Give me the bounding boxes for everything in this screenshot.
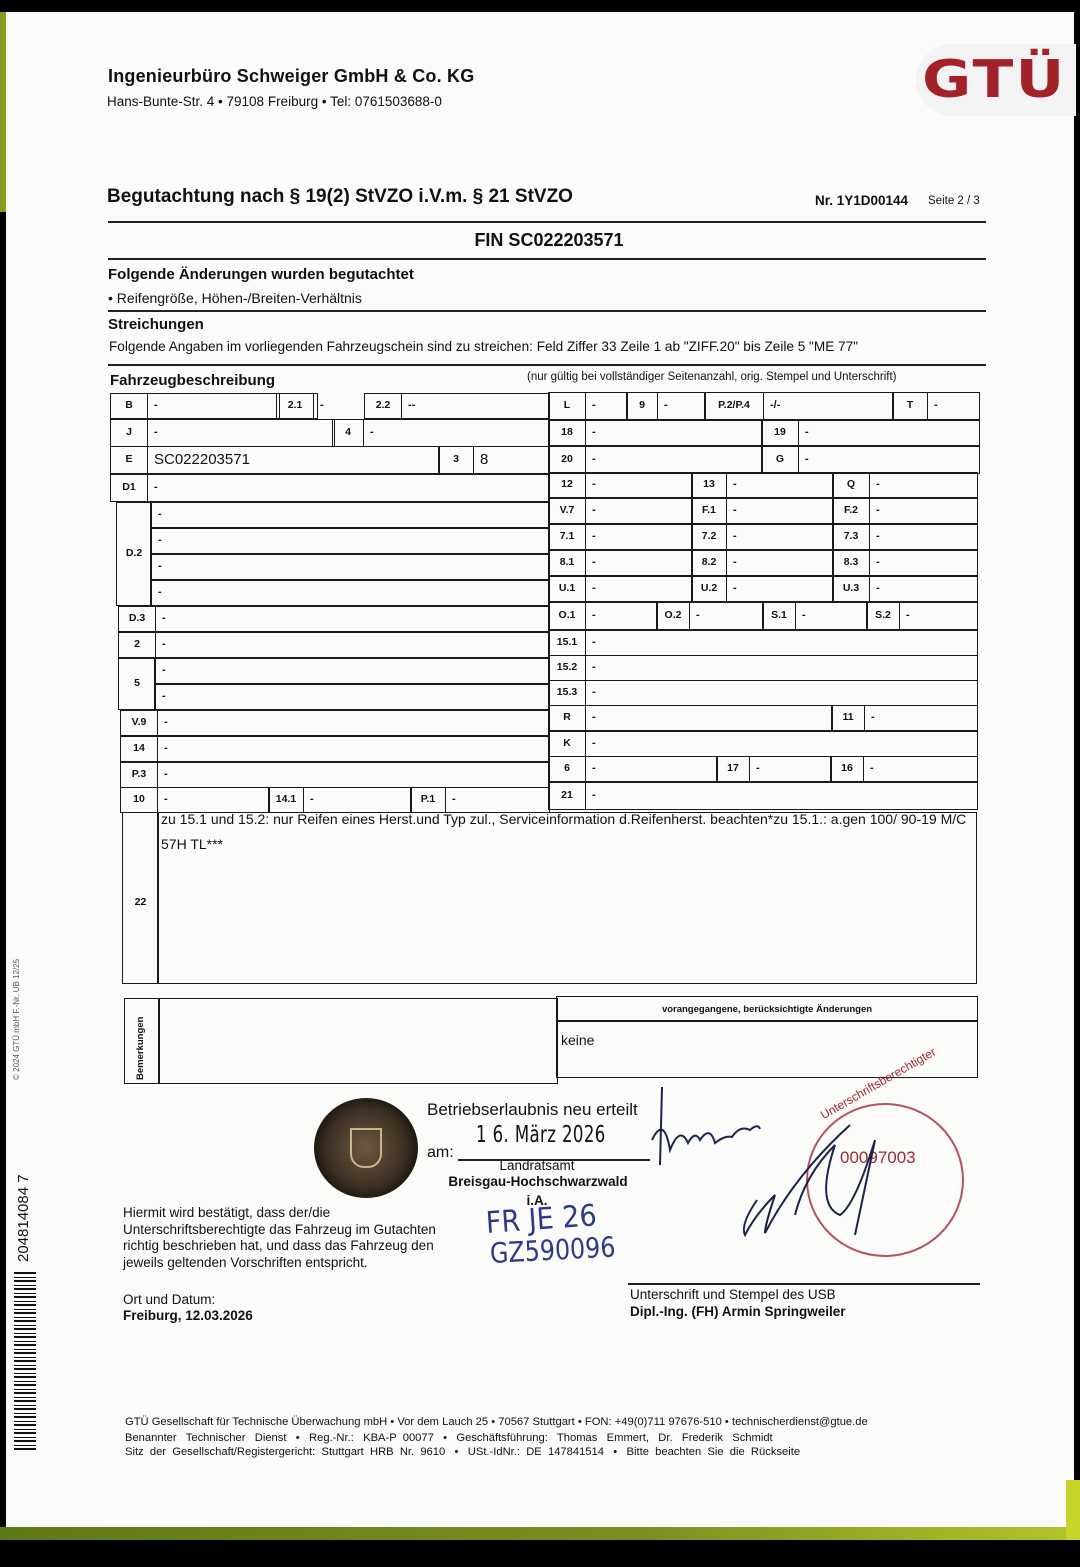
field-8-3-value: -	[876, 556, 880, 568]
field-p-1-label: P.1	[410, 793, 446, 805]
field-v-9-cell	[120, 710, 550, 736]
field-r-cell	[548, 705, 833, 731]
field-d-3-label: D.3	[118, 612, 156, 624]
field-f-2-label: F.2	[832, 504, 870, 516]
field-8-2-value: -	[733, 556, 737, 568]
field-14-label: 14	[120, 742, 158, 754]
field-3-value: 8	[480, 451, 488, 468]
logo-text: GTÜ	[922, 50, 1066, 110]
coat-of-arms-icon	[350, 1128, 382, 1168]
field-7-3-value: -	[876, 530, 880, 542]
field-20-value: -	[592, 453, 596, 465]
field-q-value: -	[876, 478, 880, 490]
field-6-label: 6	[548, 762, 586, 774]
field-d-2-value: -	[158, 508, 162, 520]
field-d-3-value: -	[162, 612, 166, 624]
gtu-logo: GTÜ	[916, 44, 1076, 116]
field-s-2-label: S.2	[866, 609, 900, 621]
field-g-value: -	[805, 453, 809, 465]
field-u-3-label: U.3	[832, 582, 870, 594]
field-d-2-value: -	[158, 586, 162, 598]
company-name: Ingenieurbüro Schweiger GmbH & Co. KG	[108, 66, 474, 87]
field-u-1-value: -	[592, 582, 596, 594]
field-d1-cell	[110, 474, 550, 502]
field-t-value: -	[934, 399, 938, 411]
field-12-label: 12	[548, 478, 586, 490]
field-14-1-value: -	[310, 793, 314, 805]
field-s-2-value: -	[906, 609, 910, 621]
field-8-3-label: 8.3	[832, 556, 870, 568]
handwritten-code: GZ590096	[489, 1230, 616, 1270]
field-16-label: 16	[830, 762, 864, 774]
field-p-3-value: -	[164, 768, 168, 780]
field-d-2-label: D.2	[116, 547, 152, 559]
field-b-value: -	[154, 399, 158, 411]
field-5-value: -	[162, 690, 166, 702]
field-u-2-label: U.2	[691, 582, 727, 594]
field-2-cell	[118, 632, 550, 658]
signature-line	[628, 1283, 980, 1285]
field-15-2-label: 15.2	[548, 661, 586, 673]
field-l-label: L	[548, 399, 586, 411]
remarks-field	[158, 998, 558, 1084]
field-15-2-value: -	[592, 661, 596, 673]
field-p-3-cell	[120, 762, 550, 788]
field-21-cell	[548, 782, 978, 810]
field-14-1-label: 14.1	[268, 793, 304, 805]
field-3-label: 3	[438, 453, 474, 465]
divider	[108, 310, 986, 312]
field-14-cell	[120, 736, 550, 762]
field-v-9-value: -	[164, 716, 168, 728]
field-f-1-value: -	[733, 504, 737, 516]
field-2-value: -	[162, 638, 166, 650]
field-o-1-label: O.1	[548, 609, 586, 621]
field-21-label: 21	[548, 789, 586, 801]
validity-note: (nur gültig bei vollständiger Seitenanza…	[527, 371, 896, 383]
field-p-3-label: P.3	[120, 768, 158, 780]
field-p-2-p-4-value: -/-	[770, 399, 780, 411]
field-4-value: -	[370, 426, 374, 438]
field-d-2-row-cell	[150, 502, 550, 528]
deletions-heading: Streichungen	[108, 316, 204, 333]
field-18-value: -	[592, 426, 596, 438]
field-13-label: 13	[691, 478, 727, 490]
field-b-label: B	[110, 399, 148, 411]
field-p-1-value: -	[452, 793, 456, 805]
field-7-1-value: -	[592, 530, 596, 542]
background-edge	[1066, 1480, 1080, 1540]
field-4-cell	[332, 419, 550, 447]
field-o-1-value: -	[592, 609, 596, 621]
field-6-value: -	[592, 762, 596, 774]
field-19-label: 19	[761, 426, 799, 438]
field-21-value: -	[592, 789, 596, 801]
field-k-cell	[548, 731, 978, 757]
field-v-9-label: V.9	[120, 716, 158, 728]
field-e-value: SC022203571	[154, 451, 250, 468]
field-e-label: E	[110, 453, 148, 465]
fin-heading: FIN SC022203571	[0, 230, 1068, 251]
field-p-2-p-4-label: P.2/P.4	[704, 399, 764, 411]
top-black-border	[0, 0, 1080, 12]
place-date-label: Ort und Datum:	[123, 1292, 215, 1307]
field-8-1-value: -	[592, 556, 596, 568]
field-8-1-label: 8.1	[548, 556, 586, 568]
field-8-2-label: 8.2	[691, 556, 727, 568]
field-q-label: Q	[832, 478, 870, 490]
confirmation-text: Hiermit wird bestätigt, dass der/die Unt…	[123, 1205, 436, 1271]
place-date-value: Freiburg, 12.03.2026	[123, 1308, 253, 1323]
field-19-value: -	[805, 426, 809, 438]
field-o-2-label: O.2	[656, 609, 690, 621]
field-20-label: 20	[548, 453, 586, 465]
field-15-3-label: 15.3	[548, 686, 586, 698]
page-indicator: Seite 2 / 3	[928, 195, 980, 207]
field-7-1-label: 7.1	[548, 530, 586, 542]
confirmation-line: Hiermit wird bestätigt, dass der/die	[123, 1205, 436, 1222]
field-d-2-row-cell	[150, 528, 550, 554]
field-11-label: 11	[831, 711, 865, 723]
change-item: • Reifengröße, Höhen-/Breiten-Verhältnis	[108, 290, 362, 306]
field-2-1-label: 2.1	[276, 399, 314, 411]
previous-changes-value: keine	[561, 1032, 594, 1048]
field-5-label: 5	[118, 677, 156, 689]
field-10-value: -	[164, 793, 168, 805]
landratsamt-seal	[314, 1098, 418, 1198]
field-d1-value: -	[154, 481, 158, 493]
field-15-1-cell	[548, 630, 978, 656]
field-22-label: 22	[122, 896, 159, 908]
field-15-3-cell	[548, 680, 978, 706]
field-j-value: -	[154, 426, 158, 438]
field-7-3-label: 7.3	[832, 530, 870, 542]
field-g-label: G	[761, 453, 799, 465]
field-k-label: K	[548, 737, 586, 749]
field-10-label: 10	[120, 793, 158, 805]
field-d1-label: D1	[110, 481, 148, 493]
field-5-value: -	[162, 664, 166, 676]
confirmation-line: jeweils geltenden Vorschriften entsprich…	[123, 1255, 436, 1272]
field-j-label: J	[110, 426, 148, 438]
field-r-value: -	[592, 711, 596, 723]
field-v-7-value: -	[592, 504, 596, 516]
previous-changes-heading: vorangegangene, berücksichtigte Änderung…	[556, 1004, 978, 1015]
footer-line-1: GTÜ Gesellschaft für Technische Überwach…	[125, 1416, 868, 1428]
field-o-2-value: -	[696, 609, 700, 621]
field-15-1-value: -	[592, 636, 596, 648]
copyright-note: © 2024 GTÜ mbH F.-Nr. UB 12/25	[12, 959, 21, 1080]
background-edge	[0, 1527, 1080, 1541]
field-15-1-label: 15.1	[548, 636, 586, 648]
field-15-2-cell	[548, 655, 978, 681]
authority-line1: Landratsamt	[442, 1158, 632, 1173]
sign-label: Unterschrift und Stempel des USB	[630, 1287, 836, 1302]
field-13-value: -	[733, 478, 737, 490]
approval-date: 1 6. März 2026	[476, 1122, 606, 1148]
remarks-label: Bemerkungen	[135, 1017, 146, 1080]
field-5-row-cell	[154, 684, 550, 710]
bottom-black-border	[0, 1540, 1080, 1567]
divider	[108, 364, 986, 366]
deletions-text: Folgende Angaben im vorliegenden Fahrzeu…	[109, 339, 858, 354]
field-s-1-value: -	[802, 609, 806, 621]
confirmation-line: richtig beschrieben hat, und dass das Fa…	[123, 1238, 436, 1255]
footer-line-3: Sitz der Gesellschaft/Registergericht: S…	[125, 1446, 800, 1458]
field-22-text: zu 15.1 und 15.2: nur Reifen eines Herst…	[161, 807, 976, 857]
field-7-2-value: -	[733, 530, 737, 542]
field-2-1-value: -	[320, 399, 324, 411]
approval-heading: Betriebserlaubnis neu erteilt	[427, 1100, 638, 1120]
divider	[108, 221, 986, 223]
vehicle-heading: Fahrzeugbeschreibung	[110, 372, 275, 389]
field-u-1-label: U.1	[548, 582, 586, 594]
field-d-2-row-cell	[150, 554, 550, 580]
signer-name: Dipl.-Ing. (FH) Armin Springweiler	[630, 1304, 846, 1319]
field-l-value: -	[592, 399, 596, 411]
document-title: Begutachtung nach § 19(2) StVZO i.V.m. §…	[107, 186, 573, 208]
field-4-label: 4	[332, 426, 364, 438]
field-u-3-value: -	[876, 582, 880, 594]
field-2-2-label: 2.2	[364, 399, 402, 411]
changes-heading: Folgende Änderungen wurden begutachtet	[108, 266, 414, 283]
field-d-3-cell	[118, 606, 550, 632]
field-2-2-value: --	[408, 399, 415, 411]
field-r-label: R	[548, 711, 586, 723]
field-k-value: -	[592, 737, 596, 749]
barcode-number: 204814084 7	[15, 1174, 32, 1262]
barcode	[14, 1270, 36, 1450]
field-11-value: -	[871, 711, 875, 723]
company-address: Hans-Bunte-Str. 4 • 79108 Freiburg • Tel…	[107, 94, 442, 109]
confirmation-line: Unterschriftsberechtigte das Fahrzeug im…	[123, 1222, 436, 1239]
field-d-2-row-cell	[150, 580, 550, 606]
field-12-value: -	[592, 478, 596, 490]
field-s-1-label: S.1	[762, 609, 796, 621]
authority-line2: Breisgau-Hochschwarzwald	[436, 1174, 640, 1189]
field-14-value: -	[164, 742, 168, 754]
field-2-label: 2	[118, 638, 156, 650]
field-u-2-value: -	[733, 582, 737, 594]
field-5-row-cell	[154, 658, 550, 684]
field-16-value: -	[870, 762, 874, 774]
field-15-3-value: -	[592, 686, 596, 698]
usb-signature	[735, 1115, 935, 1245]
footer-line-2: Benannter Technischer Dienst • Reg.-Nr.:…	[125, 1432, 773, 1444]
field-9-value: -	[664, 399, 668, 411]
field-t-label: T	[892, 399, 928, 411]
field-f-2-value: -	[876, 504, 880, 516]
field-9-label: 9	[626, 399, 658, 411]
field-7-2-label: 7.2	[691, 530, 727, 542]
field-17-label: 17	[716, 762, 750, 774]
field-v-7-label: V.7	[548, 504, 586, 516]
field-17-value: -	[756, 762, 760, 774]
document-number: Nr. 1Y1D00144	[815, 193, 908, 208]
field-d-2-value: -	[158, 560, 162, 572]
field-d-2-value: -	[158, 534, 162, 546]
field-f-1-label: F.1	[691, 504, 727, 516]
field-18-label: 18	[548, 426, 586, 438]
divider	[108, 258, 986, 260]
